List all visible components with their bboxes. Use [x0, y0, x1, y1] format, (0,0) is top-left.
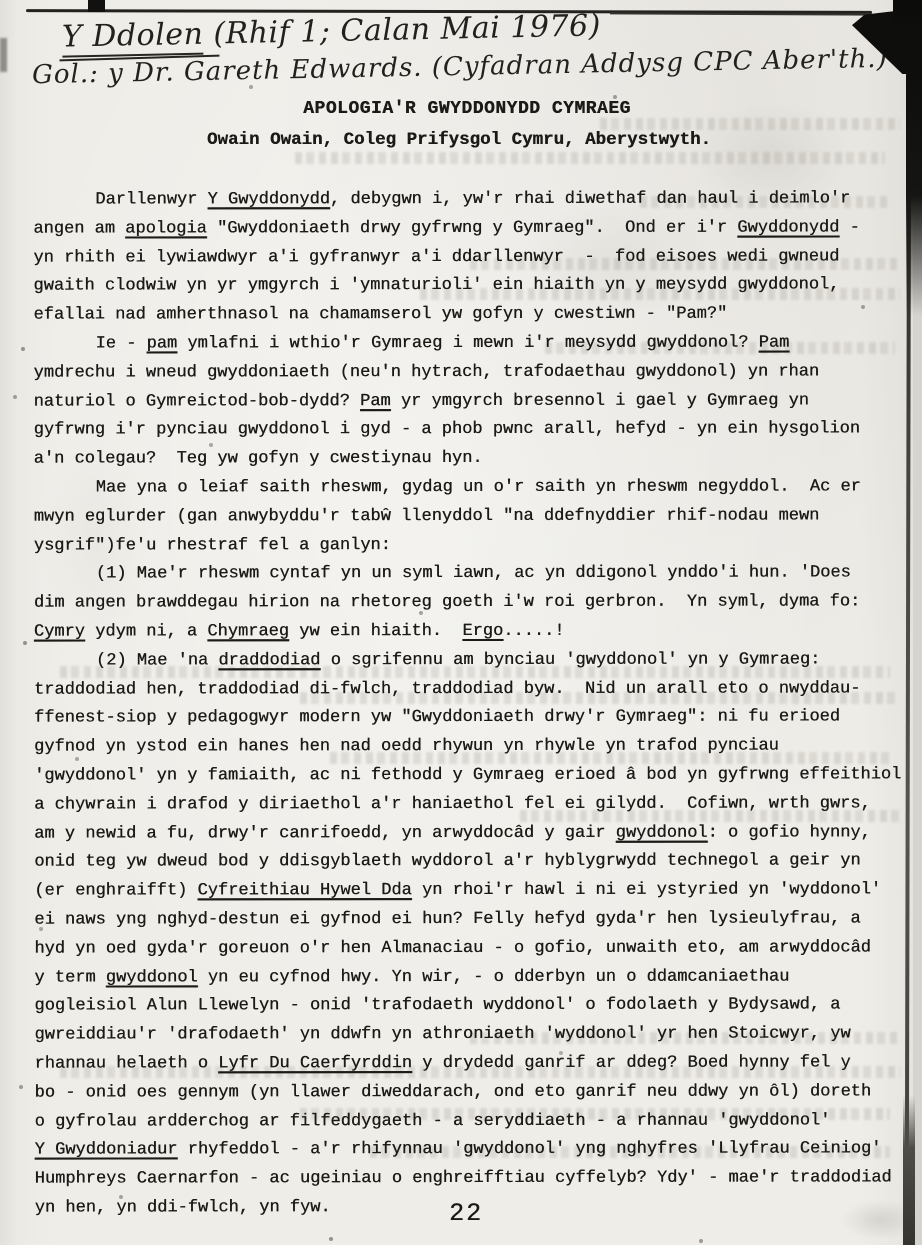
text-line: a chywrain i drafod y diriaethol a'r han… — [34, 794, 914, 824]
text-line: onid teg yw dweud bod y ddisgyblaeth wyd… — [34, 852, 914, 882]
underlined-text: apologia — [125, 219, 207, 238]
paper-specks — [0, 0, 2, 2]
handwritten-journal-title: Y Ddolen — [62, 17, 204, 58]
text-line: gogleisiol Alun Llewelyn - onid 'trafoda… — [34, 996, 914, 1026]
text-line: Humphreys Caernarfon - ac ugeiniau o eng… — [35, 1168, 915, 1198]
underlined-text: Gwyddonydd — [737, 218, 839, 237]
text-segment: gwreiddiau'r 'drafodaeth' yn ddwfn yn at… — [34, 1025, 850, 1045]
text-segment: ymdrechu i wneud gwyddoniaeth (neu'n hyt… — [34, 362, 820, 382]
text-segment: , debygwn i, yw'r rhai diwethaf dan haul… — [330, 189, 850, 209]
underlined-text: pam — [146, 334, 177, 353]
text-segment: (er enghraifft) — [34, 882, 197, 901]
text-segment: Mae yna o leiaf saith rheswm, gydag un o… — [96, 477, 861, 497]
text-line: mwyn eglurder (gan anwybyddu'r tabŵ llen… — [34, 506, 914, 536]
text-segment: Darllenwyr — [95, 190, 207, 209]
text-segment: gyfnod yn ystod ein hanes hen nad oedd r… — [34, 737, 779, 757]
text-segment: yn rhith ei lywiawdwyr a'i gyfranwyr a'i… — [33, 247, 839, 267]
text-segment: onid teg yw dweud bod y ddisgyblaeth wyd… — [34, 852, 860, 872]
text-line: Y Gwyddoniadur rhyfeddol - a'r rhifynnau… — [35, 1140, 915, 1170]
scan-artifact-top-edge-line — [610, 12, 872, 15]
text-segment: gogleisiol Alun Llewelyn - onid 'trafoda… — [34, 996, 840, 1016]
text-segment: hyd yn oed gyda'r goreuon o'r hen Almana… — [34, 938, 871, 958]
text-line: hyd yn oed gyda'r goreuon o'r hen Almana… — [34, 938, 914, 968]
text-segment: : o gofio hynny, — [707, 823, 870, 842]
text-line: (2) Mae 'na draddodiad o sgrifennu am by… — [34, 650, 914, 680]
text-line: (1) Mae'r rheswm cyntaf yn un syml iawn,… — [34, 564, 914, 594]
text-segment: ydym ni, a — [85, 622, 207, 641]
handwritten-issue-date: (Rhif 1; Calan Mai 1976) — [203, 8, 601, 51]
underlined-text: Pam — [360, 392, 391, 411]
text-segment: angen am — [33, 219, 125, 238]
text-line: efallai nad amherthnasol na chamamserol … — [33, 305, 913, 335]
underlined-text: gwyddonol — [106, 968, 198, 987]
scan-artifact-dark-band — [903, 1095, 915, 1245]
text-line: dim angen brawddegau hirion na rhetoreg … — [34, 593, 914, 623]
underlined-text: Ergo — [462, 622, 503, 641]
page-number: 22 — [449, 1199, 483, 1228]
scan-artifact-corner-mark — [88, 0, 105, 12]
text-line: gyfrwng i'r pynciau gwyddonol i gyd - a … — [34, 420, 914, 450]
text-segment: mwyn eglurder (gan anwybyddu'r tabŵ llen… — [34, 506, 820, 526]
document-page: Y Ddolen (Rhif 1; Calan Mai 1976) Gol.: … — [0, 0, 922, 1245]
text-line: o gyfrolau ardderchog ar filfeddygaeth -… — [35, 1111, 915, 1141]
text-segment: o sgrifennu am bynciau 'gwyddonol' yn y … — [320, 650, 820, 670]
document-body: Darllenwyr Y Gwyddonydd, debygwn i, yw'r… — [33, 189, 914, 1227]
text-segment: dim angen brawddegau hirion na rhetoreg … — [34, 593, 860, 613]
bleed-through-ghost-text — [295, 152, 885, 164]
text-segment: yn hen, yn ddi-fwlch, yn fyw. — [35, 1198, 331, 1217]
underlined-text: Chymraeg — [207, 622, 289, 641]
text-segment: ysgrif")fe'u rhestraf fel a ganlyn: — [34, 536, 391, 555]
text-line: a'n colegau? Teg yw gofyn y cwestiynau h… — [34, 449, 914, 479]
text-segment: gwaith clodwiw yn yr ymgyrch i 'ymnaturi… — [33, 276, 839, 296]
text-segment: gyfrwng i'r pynciau gwyddonol i gyd - a … — [34, 420, 860, 440]
text-line: ffenest-siop y pedagogwyr modern yw "Gwy… — [34, 708, 914, 738]
text-line: Mae yna o leiaf saith rheswm, gydag un o… — [34, 477, 914, 507]
text-line: am y newid a fu, drwy'r canrifoedd, yn a… — [34, 823, 914, 853]
text-segment: y term — [34, 968, 105, 987]
underlined-text: Pam — [759, 334, 790, 353]
text-line: Darllenwyr Y Gwyddonydd, debygwn i, yw'r… — [33, 189, 913, 219]
text-segment: ymlafni i wthio'r Gymraeg i mewn i'r mey… — [177, 334, 759, 354]
text-segment: (1) Mae'r rheswm cyntaf yn un syml iawn,… — [96, 564, 851, 584]
text-segment: .....! — [503, 622, 564, 641]
text-segment: (2) Mae 'na — [96, 651, 218, 670]
article-byline: Owain Owain, Coleg Prifysgol Cymru, Aber… — [0, 130, 920, 150]
underlined-text: Y Gwyddonydd — [207, 190, 329, 209]
text-line: gyfnod yn ystod ein hanes hen nad oedd r… — [34, 737, 914, 767]
text-segment: - — [839, 218, 859, 237]
text-segment: "Gwyddoniaeth drwy gyfrwng y Gymraeg". O… — [207, 218, 738, 238]
text-line: ysgrif")fe'u rhestraf fel a ganlyn: — [34, 535, 914, 565]
text-line: yn rhith ei lywiawdwyr a'i gyfranwyr a'i… — [33, 247, 913, 277]
scanned-page-screenshot: { "page": { "paper_color": "#eeece7", "i… — [0, 0, 922, 1245]
text-segment: efallai nad amherthnasol na chamamserol … — [33, 305, 727, 325]
text-segment: a chywrain i drafod y diriaethol a'r han… — [34, 794, 871, 814]
text-line: rhannau helaeth o Lyfr Du Caerfyrddin y … — [34, 1053, 914, 1083]
text-segment: a'n colegau? Teg yw gofyn y cwestiynau h… — [34, 449, 483, 469]
underlined-text: Lyfr Du Caerfyrddin — [218, 1054, 412, 1073]
text-segment: am y newid a fu, drwy'r canrifoedd, yn a… — [34, 823, 616, 843]
text-segment: traddodiad hen, traddodiad di-fwlch, tra… — [34, 679, 860, 699]
text-segment: ffenest-siop y pedagogwyr modern yw "Gwy… — [34, 708, 840, 728]
text-segment: Ie - — [95, 334, 146, 353]
text-segment: bo - onid oes gennym (yn llawer diweddar… — [35, 1082, 872, 1102]
text-segment: o gyfrolau ardderchog ar filfeddygaeth -… — [35, 1111, 831, 1131]
text-line: naturiol o Gymreictod-bob-dydd? Pam yr y… — [34, 391, 914, 421]
text-line: gwreiddiau'r 'drafodaeth' yn ddwfn yn at… — [34, 1024, 914, 1054]
underlined-text: gwyddonol — [616, 823, 708, 842]
text-segment: yn eu cyfnod hwy. Yn wir, - o dderbyn un… — [198, 967, 790, 987]
text-segment: ei naws yng nghyd-destun ei gyfnod ei hu… — [34, 909, 860, 929]
scan-artifact-corner-mark — [893, 0, 922, 23]
text-line: ei naws yng nghyd-destun ei gyfnod ei hu… — [34, 909, 914, 939]
text-segment: 'gwyddonol' yn y famiaith, ac ni fethodd… — [34, 765, 901, 785]
article-title: APOLOGIA'R GWYDDONYDD CYMRAEG — [6, 99, 922, 119]
text-segment: yn rhoi'r hawl i ni ei ystyried yn 'wydd… — [412, 881, 881, 901]
text-segment: rhannau helaeth o — [34, 1054, 218, 1073]
underlined-text: Cymry — [34, 622, 85, 641]
underlined-text: Y Gwyddoniadur — [35, 1141, 178, 1160]
text-line: 'gwyddonol' yn y famiaith, ac ni fethodd… — [34, 765, 914, 795]
text-line: traddodiad hen, traddodiad di-fwlch, tra… — [34, 679, 914, 709]
text-segment: yr ymgyrch bresennol i gael y Gymraeg yn — [391, 391, 809, 411]
bleed-through-ghost-text — [600, 118, 900, 130]
text-line: angen am apologia "Gwyddoniaeth drwy gyf… — [33, 218, 913, 248]
text-line: gwaith clodwiw yn yr ymgyrch i 'ymnaturi… — [33, 276, 913, 306]
text-line: (er enghraifft) Cyfreithiau Hywel Dda yn… — [34, 881, 914, 911]
text-line: Cymry ydym ni, a Chymraeg yw ein hiaith.… — [34, 621, 914, 651]
text-segment: yw ein hiaith. — [289, 622, 462, 641]
text-line: Ie - pam ymlafni i wthio'r Gymraeg i mew… — [33, 333, 913, 363]
text-segment: Humphreys Caernarfon - ac ugeiniau o eng… — [35, 1169, 892, 1189]
text-segment: y drydedd ganrif ar ddeg? Boed hynny fel… — [412, 1053, 851, 1073]
text-line: bo - onid oes gennym (yn llawer diweddar… — [35, 1082, 915, 1112]
text-line: ymdrechu i wneud gwyddoniaeth (neu'n hyt… — [34, 362, 914, 392]
text-segment: naturiol o Gymreictod-bob-dydd? — [34, 392, 360, 411]
underlined-text: draddodiad — [218, 651, 320, 670]
underlined-text: Cyfreithiau Hywel Dda — [197, 881, 411, 900]
text-line: y term gwyddonol yn eu cyfnod hwy. Yn wi… — [34, 967, 914, 997]
text-segment: rhyfeddol - a'r rhifynnau 'gwyddonol' yn… — [177, 1140, 881, 1160]
scan-artifact-left-edge-mark — [0, 38, 7, 72]
